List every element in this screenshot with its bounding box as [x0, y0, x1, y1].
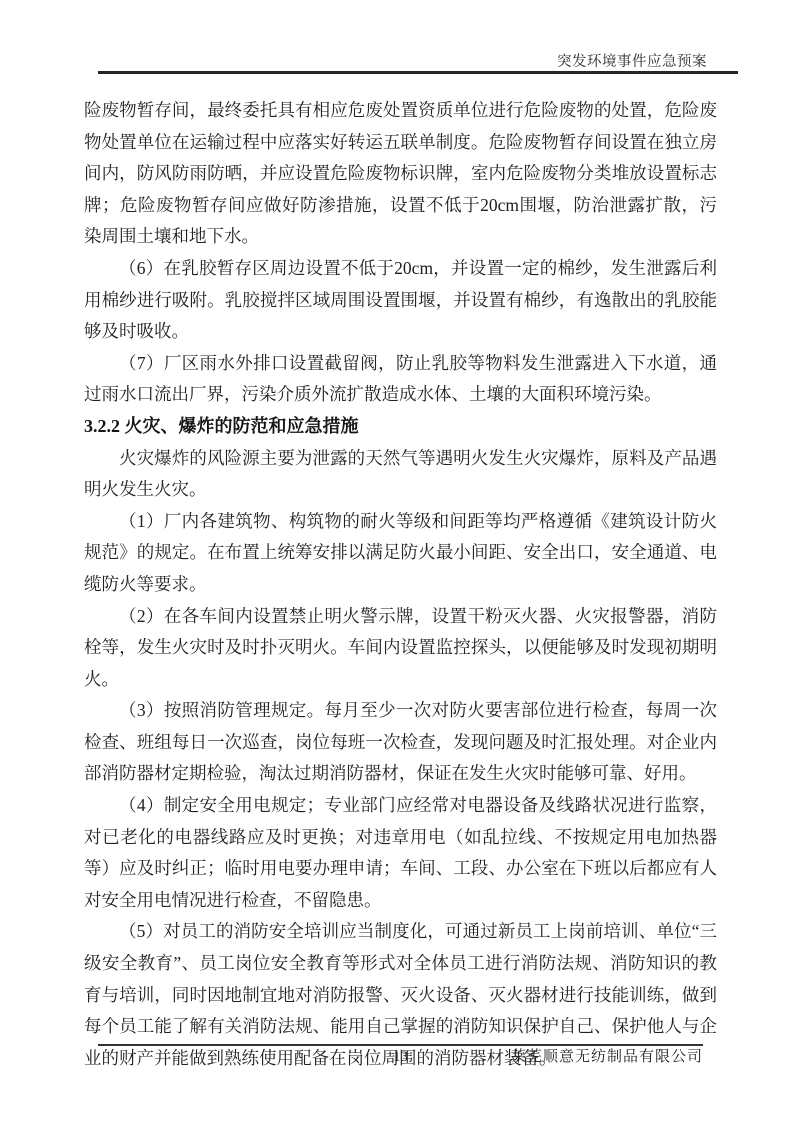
paragraph-item-7: （7）厂区雨水外排口设置截留阀，防止乳胶等物料发生泄露进入下水道，通过雨水口流出…: [84, 348, 717, 411]
document-body: 险废物暂存间，最终委托具有相应危废处置资质单位进行危险废物的处置，危险废物处置单…: [84, 95, 717, 1074]
footer-company-name: 莱芜顺意无纺制品有限公司: [511, 1048, 703, 1067]
paragraph-item-4: （4）制定安全用电规定；专业部门应经常对电器设备及线路状况进行监察，对已老化的电…: [84, 790, 717, 916]
paragraph-item-2: （2）在各车间内设置禁止明火警示牌，设置干粉灭火器、火灾报警器，消防栓等，发生火…: [84, 601, 717, 696]
header-rule: [98, 71, 738, 74]
paragraph-item-1: （1）厂内各建筑物、构筑物的耐火等级和间距等均严格遵循《建筑设计防火规范》的规定…: [84, 506, 717, 601]
paragraph-fire-risk-intro: 火灾爆炸的风险源主要为泄露的天然气等遇明火发生火灾爆炸，原料及产品遇明火发生火灾…: [84, 443, 717, 506]
section-heading-3-2-2: 3.2.2 火灾、爆炸的防范和应急措施: [84, 411, 717, 443]
document-page: 突发环境事件应急预案 险废物暂存间，最终委托具有相应危废处置资质单位进行危险废物…: [0, 0, 800, 1131]
paragraph-item-6: （6）在乳胶暂存区周边设置不低于20cm，并设置一定的棉纱，发生泄露后利用棉纱进…: [84, 253, 717, 348]
header-title: 突发环境事件应急预案: [557, 53, 707, 71]
paragraph-item-3: （3）按照消防管理规定。每月至少一次对防火要害部位进行检查，每周一次检查、班组每…: [84, 695, 717, 790]
footer-rule: [98, 1044, 703, 1046]
paragraph-hazardous-waste-continuation: 险废物暂存间，最终委托具有相应危废处置资质单位进行危险废物的处置，危险废物处置单…: [84, 95, 717, 253]
